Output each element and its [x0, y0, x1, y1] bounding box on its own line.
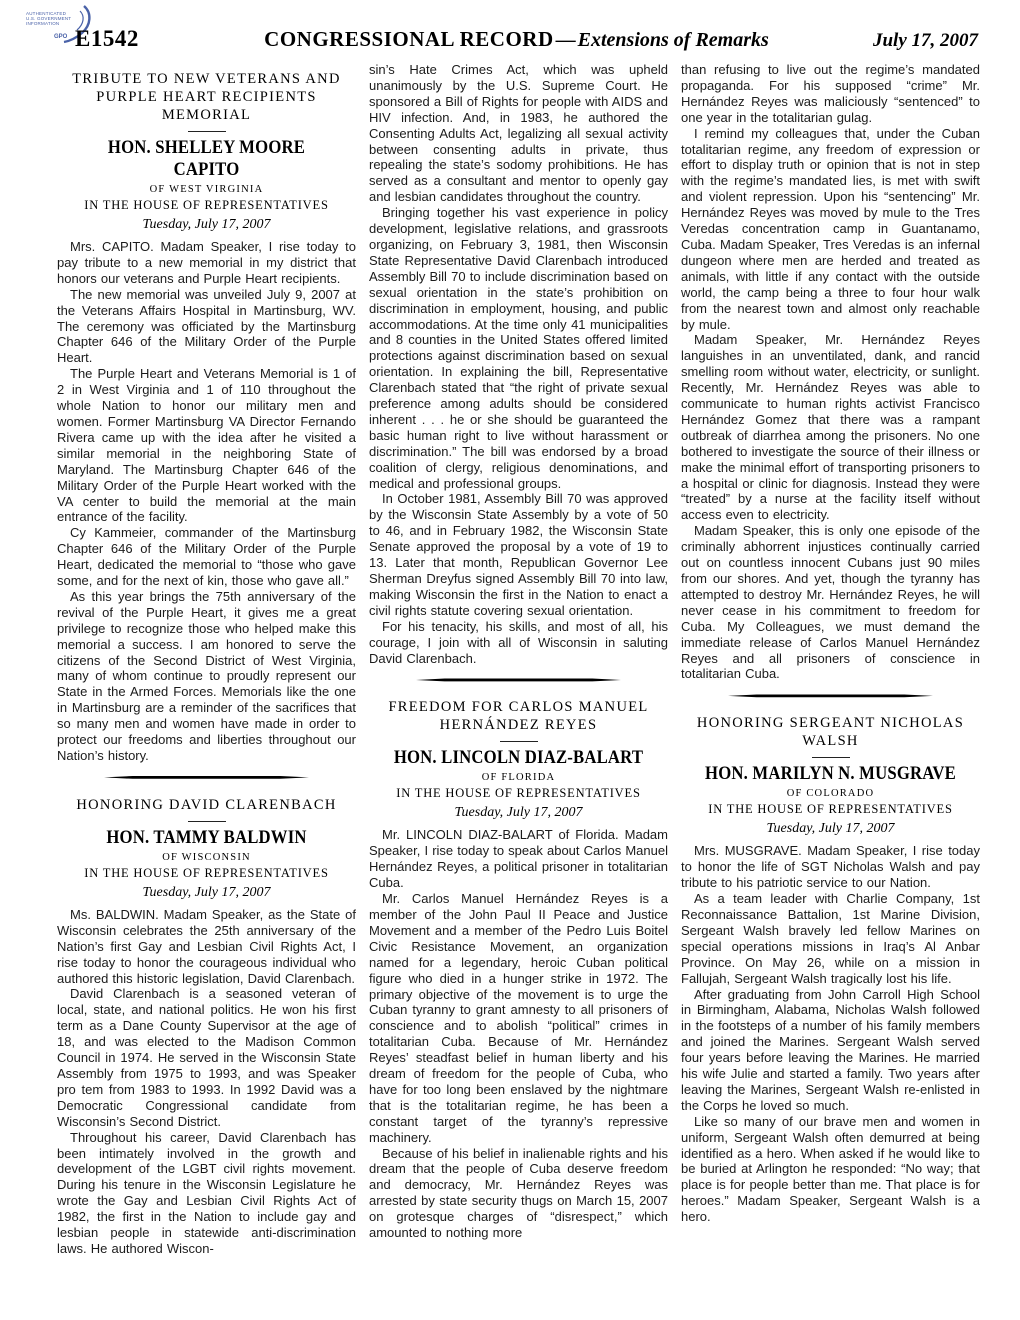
body-paragraph: Like so many of our brave men and women …: [681, 1114, 980, 1225]
session-date: Tuesday, July 17, 2007: [369, 805, 668, 821]
section-name: Extensions of Remarks: [578, 29, 769, 51]
article-title: HONORING SERGEANT NICHOLAS WALSH: [681, 714, 980, 750]
body-paragraph: Mr. Carlos Manuel Hernández Reyes is a m…: [369, 891, 668, 1146]
chamber-line: IN THE HOUSE OF REPRESENTATIVES: [57, 198, 356, 213]
column-1: TRIBUTE TO NEW VETERANS AND PURPLE HEART…: [57, 62, 356, 1302]
publication-title: CONGRESSIONAL RECORD—Extensions of Remar…: [205, 27, 828, 52]
body-paragraph: Throughout his career, David Clarenbach …: [57, 1130, 356, 1257]
swelled-rule-icon: [728, 693, 933, 698]
publication-name: CONGRESSIONAL RECORD: [264, 27, 553, 51]
body-paragraph: Mrs. CAPITO. Madam Speaker, I rise today…: [57, 239, 356, 287]
body-paragraph: As this year brings the 75th anniversary…: [57, 589, 356, 764]
chamber-line: IN THE HOUSE OF REPRESENTATIVES: [681, 802, 980, 817]
text-columns: TRIBUTE TO NEW VETERANS AND PURPLE HEART…: [57, 62, 980, 1302]
body-paragraph: As a team leader with Charlie Company, 1…: [681, 891, 980, 986]
article-title: FREEDOM FOR CARLOS MANUEL HERNÁNDEZ REYE…: [369, 698, 668, 734]
member-name: HON. LINCOLN DIAZ-BALART: [387, 747, 650, 769]
body-paragraph: Because of his belief in inalienable rig…: [369, 1146, 668, 1241]
session-date: Tuesday, July 17, 2007: [57, 217, 356, 233]
session-date: Tuesday, July 17, 2007: [57, 885, 356, 901]
body-paragraph: For his tenacity, his skills, and most o…: [369, 619, 668, 667]
body-paragraph: Ms. BALDWIN. Madam Speaker, as the State…: [57, 907, 356, 987]
body-paragraph: Madam Speaker, this is only one episode …: [681, 523, 980, 682]
congressional-record-page: AUTHENTICATED U.S. GOVERNMENT INFORMATIO…: [0, 0, 1020, 1320]
article-divider: [369, 666, 668, 690]
session-date: Tuesday, July 17, 2007: [681, 821, 980, 837]
member-state: OF WISCONSIN: [57, 852, 356, 863]
body-paragraph: In October 1981, Assembly Bill 70 was ap…: [369, 491, 668, 618]
heading-rule: [500, 741, 538, 742]
heading-rule: [188, 821, 226, 822]
article-divider: [57, 764, 356, 788]
member-name: HON. MARILYN N. MUSGRAVE: [699, 763, 962, 785]
body-paragraph: After graduating from John Carroll High …: [681, 987, 980, 1114]
body-paragraph: Mr. LINCOLN DIAZ-BALART of Florida. Mada…: [369, 827, 668, 891]
heading-rule: [812, 757, 850, 758]
article-divider: [681, 682, 980, 706]
body-paragraph-continued: sin’s Hate Crimes Act, which was upheld …: [369, 62, 668, 205]
issue-date: July 17, 2007: [828, 30, 978, 52]
heading-rule: [188, 131, 226, 132]
body-paragraph: Mrs. MUSGRAVE. Madam Speaker, I rise tod…: [681, 843, 980, 891]
body-paragraph: The new memorial was unveiled July 9, 20…: [57, 287, 356, 367]
article-title: HONORING DAVID CLARENBACH: [57, 796, 356, 814]
chamber-line: IN THE HOUSE OF REPRESENTATIVES: [57, 866, 356, 881]
body-paragraph: Bringing together his vast experience in…: [369, 205, 668, 491]
column-2: sin’s Hate Crimes Act, which was upheld …: [369, 62, 668, 1302]
page-number: E1542: [75, 26, 205, 52]
article-title: TRIBUTE TO NEW VETERANS AND PURPLE HEART…: [57, 70, 356, 124]
title-separator: —: [556, 29, 576, 51]
body-paragraph: Cy Kammeier, commander of the Martinsbur…: [57, 525, 356, 589]
swelled-rule-icon: [416, 677, 621, 682]
swelled-rule-icon: [104, 775, 309, 780]
member-state: OF FLORIDA: [369, 772, 668, 783]
member-state: OF WEST VIRGINIA: [57, 184, 356, 195]
body-paragraph-continued: than refusing to live out the regime’s m…: [681, 62, 980, 126]
body-paragraph: Madam Speaker, Mr. Hernández Reyes langu…: [681, 332, 980, 523]
body-paragraph: David Clarenbach is a seasoned veteran o…: [57, 986, 356, 1129]
member-name: HON. SHELLEY MOORE CAPITO: [75, 137, 338, 181]
body-paragraph: The Purple Heart and Veterans Memorial i…: [57, 366, 356, 525]
running-head: E1542 CONGRESSIONAL RECORD—Extensions of…: [57, 26, 980, 52]
chamber-line: IN THE HOUSE OF REPRESENTATIVES: [369, 786, 668, 801]
body-paragraph: I remind my colleagues that, under the C…: [681, 126, 980, 333]
member-state: OF COLORADO: [681, 788, 980, 799]
column-3: than refusing to live out the regime’s m…: [681, 62, 980, 1302]
member-name: HON. TAMMY BALDWIN: [75, 827, 338, 849]
